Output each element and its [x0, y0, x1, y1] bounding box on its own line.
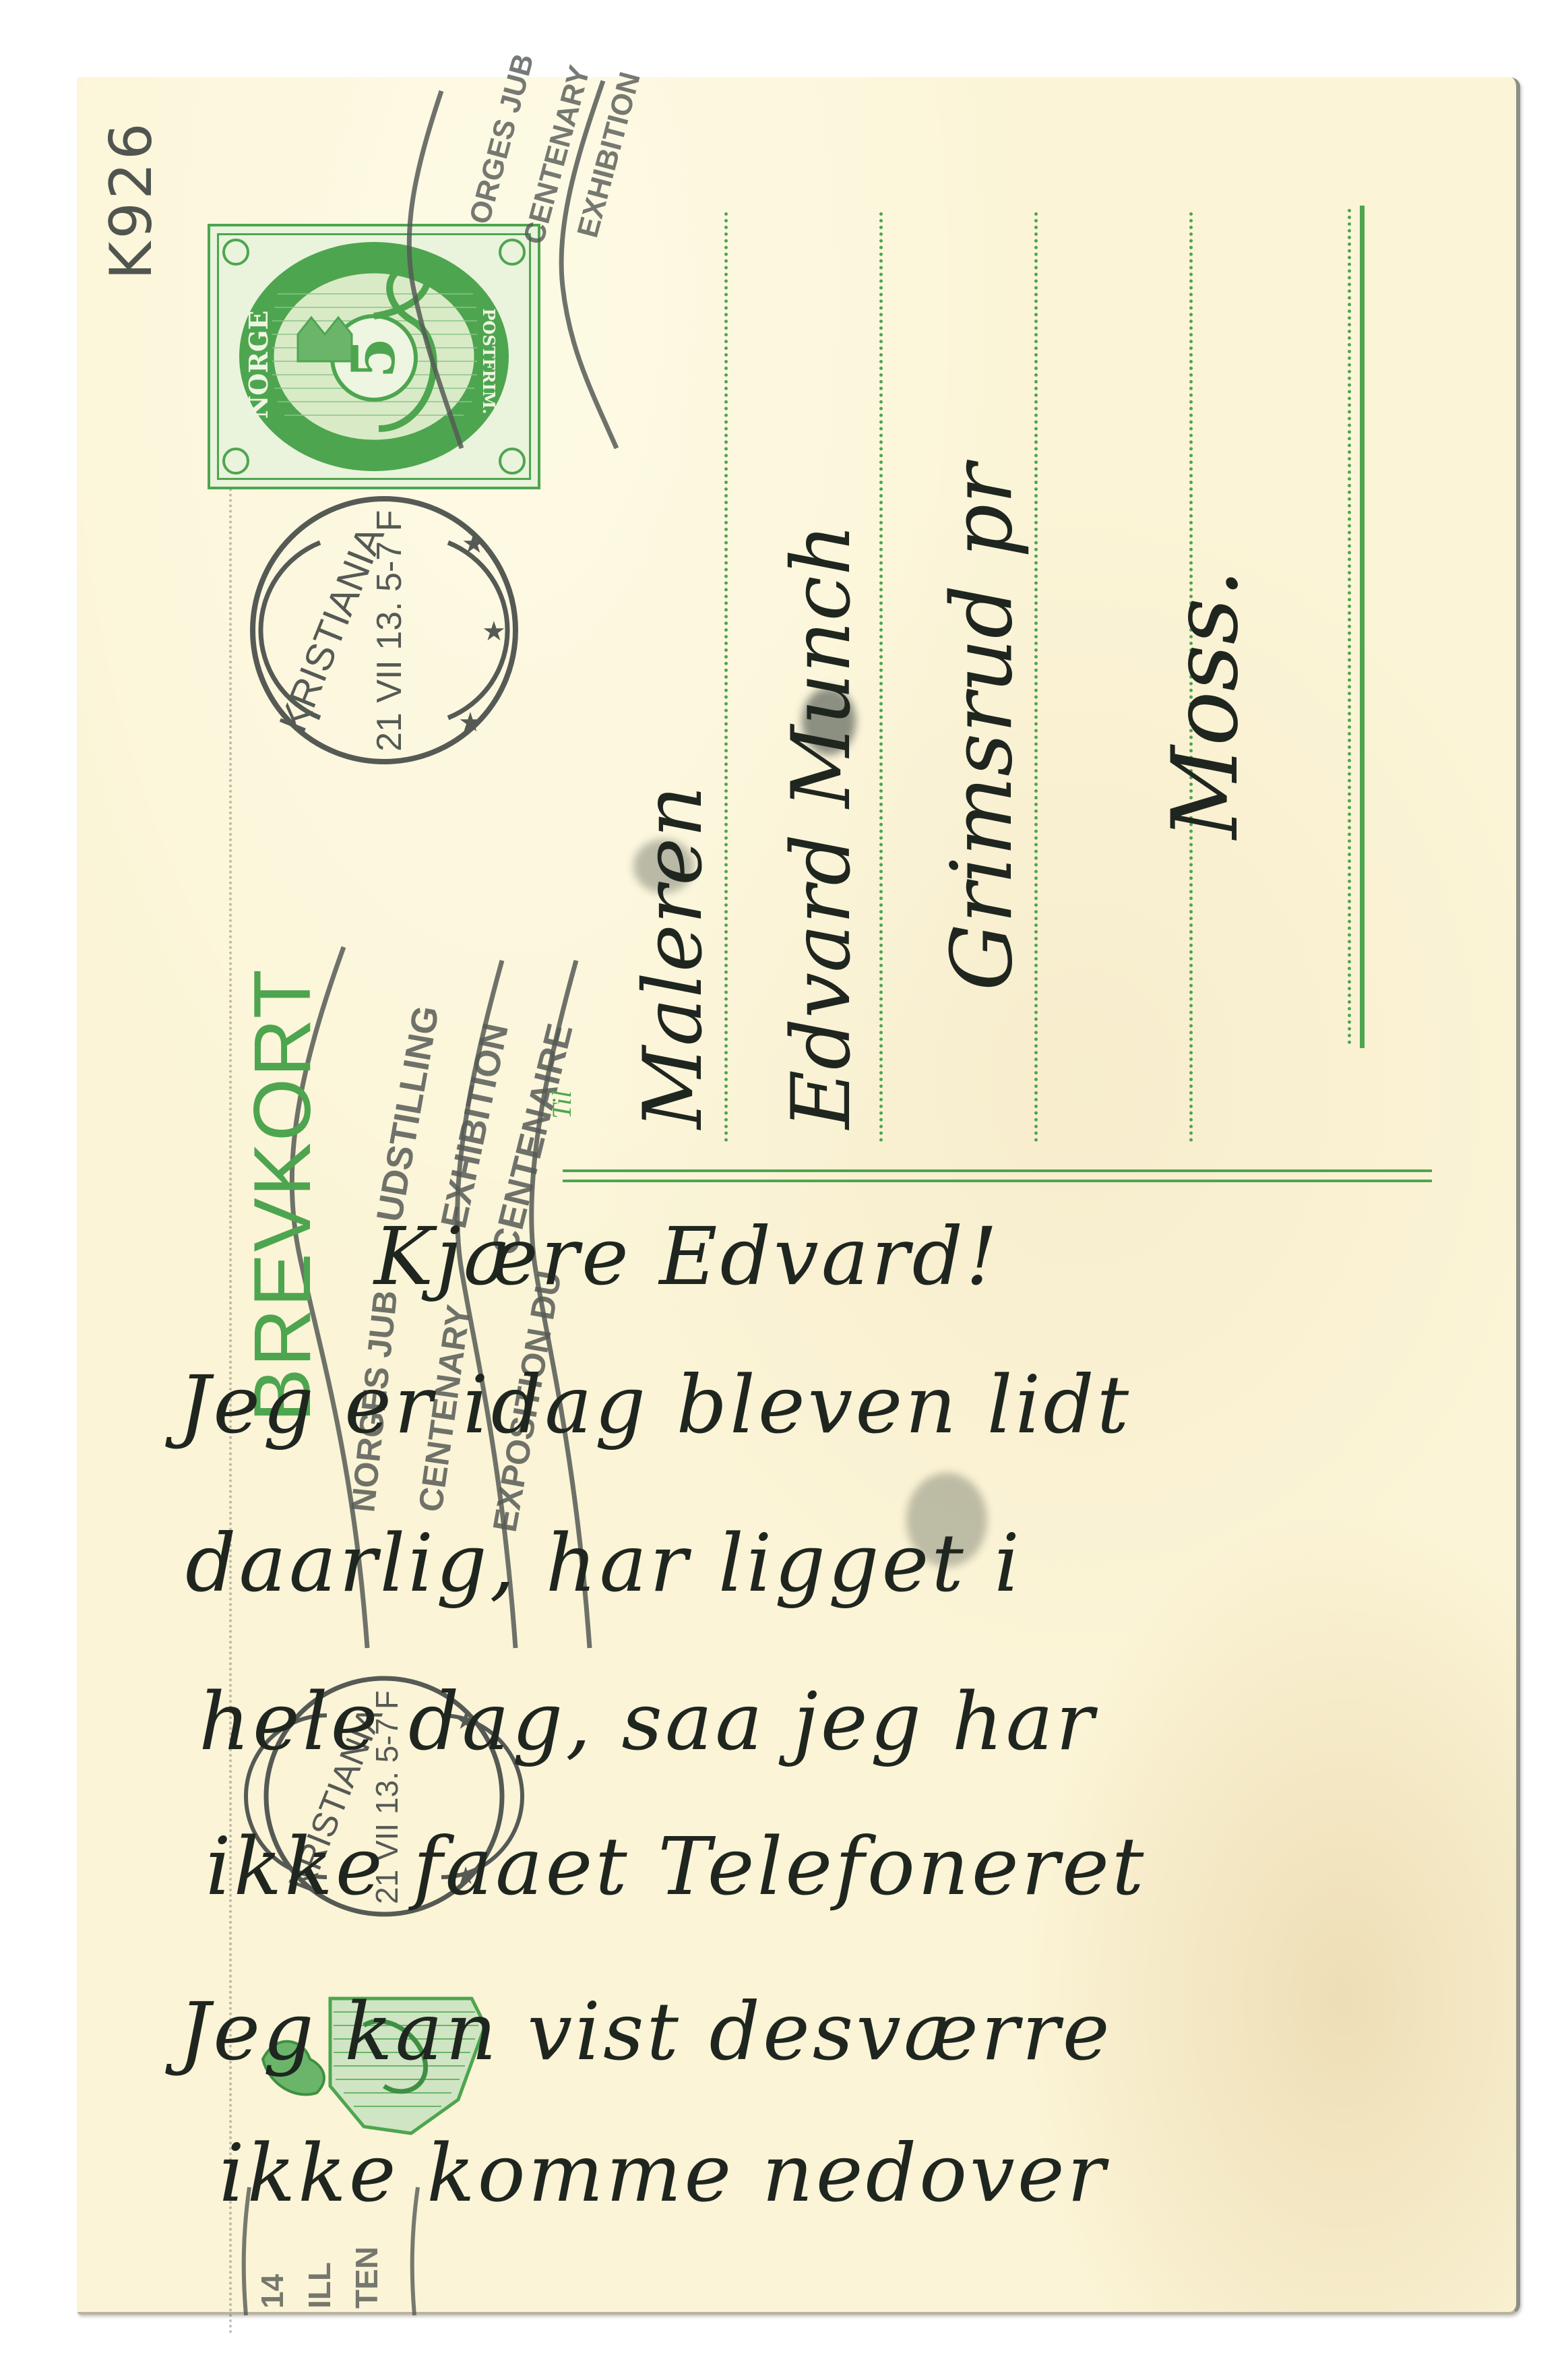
svg-text:21 VII 13. 5-7 F: 21 VII 13. 5-7 F — [370, 510, 409, 752]
address-rule-5 — [1348, 209, 1351, 1045]
svg-text:14: 14 — [255, 2274, 290, 2309]
message-line-2: Jeg er idag bleven lidt — [179, 1358, 1131, 1451]
svg-text:★: ★ — [462, 529, 486, 559]
address-rule-3 — [1034, 212, 1038, 1142]
to-label: Til — [546, 1091, 577, 1119]
message-line-4: hele dag, saa jeg har — [199, 1675, 1096, 1768]
address-line-1: Maleren — [627, 786, 720, 1129]
address-line-3: Grimsrud pr — [933, 464, 1031, 991]
address-line-4: Moss. — [1152, 569, 1258, 839]
message-line-7: ikke komme nedover — [219, 2127, 1108, 2220]
address-divider — [563, 1169, 1432, 1172]
address-rule-1 — [724, 212, 728, 1142]
address-rule-2 — [879, 212, 883, 1142]
svg-text:UDSTILLING: UDSTILLING — [369, 1003, 447, 1225]
address-rule-6 — [1360, 206, 1365, 1048]
address-divider-2 — [563, 1180, 1432, 1182]
svg-text:★: ★ — [482, 617, 506, 646]
postcard: K926 5 NORGE POSTFRIM. — [77, 78, 1520, 2315]
svg-text:ILL: ILL — [302, 2262, 337, 2309]
svg-text:TEN: TEN — [349, 2247, 384, 2309]
message-line-5: ikke faaet Telefoneret — [206, 1820, 1146, 1913]
card-title: BREVKORT — [236, 968, 329, 1422]
message-line-6: Jeg kan vist desværre — [179, 1985, 1113, 2078]
message-line-3: daarlig, har ligget i — [185, 1517, 1022, 1610]
address-line-2: Edvard Munch — [775, 524, 869, 1129]
archive-id: K926 — [98, 120, 165, 280]
svg-text:★: ★ — [458, 708, 482, 737]
message-line-1: Kjære Edvard! — [374, 1210, 1000, 1303]
